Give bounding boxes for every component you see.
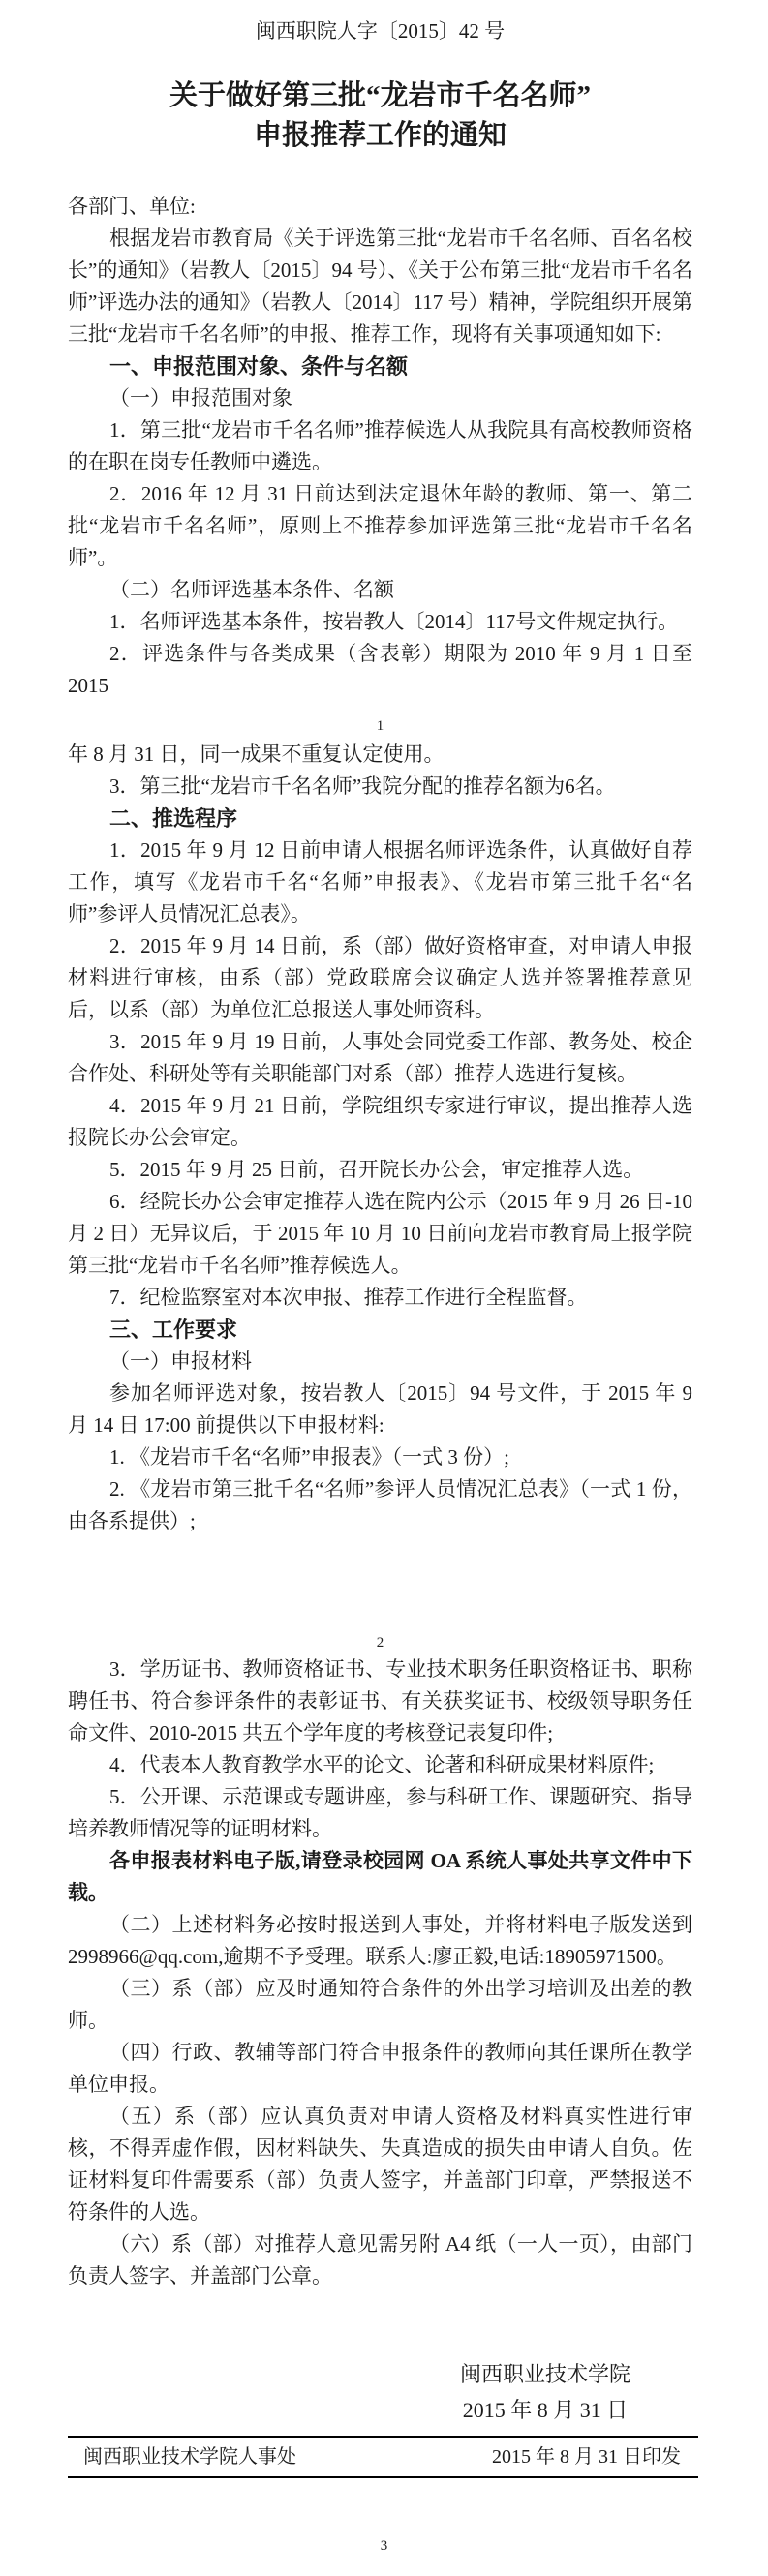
sub-heading: （二）名师评选基本条件、名额	[68, 574, 692, 606]
section-heading: 一、申报范围对象、条件与名额	[68, 350, 692, 382]
paragraph: 3．2015 年 9 月 19 日前，人事处会同党委工作部、教务处、校企合作处、…	[68, 1026, 692, 1090]
document-body: 根据龙岩市教育局《关于评选第三批“龙岩市千名名师、百名名校长”的通知》（岩教人〔…	[68, 223, 692, 2292]
footer-issuer: 闽西职业技术学院人事处	[83, 2444, 296, 2470]
page-number-bottom: 3	[0, 2538, 768, 2555]
footer-print-date: 2015 年 8 月 31 日印发	[492, 2444, 681, 2470]
paragraph: 2．评选条件与各类成果（含表彰）期限为 2010 年 9 月 1 日至 2015	[68, 638, 692, 702]
paragraph: 参加名师评选对象，按岩教人〔2015〕94 号文件，于 2015 年 9 月 1…	[68, 1378, 692, 1441]
inline-page-number: 1	[68, 702, 692, 739]
title-line-2: 申报推荐工作的通知	[254, 120, 507, 151]
page-number-label: 1	[377, 718, 384, 734]
paragraph: 2．2016 年 12 月 31 日前达到法定退休年龄的教师、第一、第二批“龙岩…	[68, 478, 692, 574]
signature-date: 2015 年 8 月 31 日	[410, 2392, 681, 2428]
document-title: 关于做好第三批“龙岩市千名名师” 申报推荐工作的通知	[68, 76, 692, 156]
paragraph: 1．第三批“龙岩市千名名师”推荐候选人从我院具有高校教师资格的在职在岗专任教师中…	[68, 414, 692, 478]
paragraph: （五）系（部）应认真负责对申请人资格及材料真实性进行审核，不得弄虚作假，因材料缺…	[68, 2101, 692, 2228]
paragraph: 2．2015 年 9 月 14 日前，系（部）做好资格审查，对申请人申报材料进行…	[68, 930, 692, 1026]
salutation: 各部门、单位:	[68, 191, 692, 223]
paragraph: 2. 《龙岩市第三批千名“名师”参评人员情况汇总表》（一式 1 份，由各系提供）…	[68, 1473, 692, 1537]
inline-page-number: 2	[68, 1537, 692, 1653]
paragraph: 6．经院长办公会审定推荐人选在院内公示（2015 年 9 月 26 日-10 月…	[68, 1186, 692, 1282]
paragraph: 5．公开课、示范课或专题讲座，参与科研工作、课题研究、指导培养教师情况等的证明材…	[68, 1781, 692, 1845]
paragraph: （三）系（部）应及时通知符合条件的外出学习培训及出差的教师。	[68, 1973, 692, 2037]
paragraph: 5．2015 年 9 月 25 日前，召开院长办公会，审定推荐人选。	[68, 1154, 692, 1186]
sub-heading: （一）申报材料	[68, 1346, 692, 1378]
page-number-label: 2	[377, 1635, 384, 1651]
document-page: 闽西职院人字〔2015〕42 号 关于做好第三批“龙岩市千名名师” 申报推荐工作…	[0, 0, 768, 2576]
paragraph: （六）系（部）对推荐人意见需另附 A4 纸（一人一页），由部门负责人签字、并盖部…	[68, 2228, 692, 2292]
paragraph: 1．名师评选基本条件，按岩教人〔2014〕117号文件规定执行。	[68, 606, 692, 638]
doc-number: 闽西职院人字〔2015〕42 号	[68, 15, 692, 47]
paragraph: 7．纪检监察室对本次申报、推荐工作进行全程监督。	[68, 1282, 692, 1314]
paragraph: 3．第三批“龙岩市千名名师”我院分配的推荐名额为6名。	[68, 771, 692, 803]
sub-heading: （一）申报范围对象	[68, 382, 692, 414]
footer-bar: 闽西职业技术学院人事处 2015 年 8 月 31 日印发	[68, 2436, 698, 2478]
section-heading: 二、推选程序	[68, 803, 692, 834]
paragraph-continuation: 年 8 月 31 日，同一成果不重复认定使用。	[68, 739, 692, 771]
paragraph: 4．2015 年 9 月 21 日前，学院组织专家进行审议，提出推荐人选报院长办…	[68, 1090, 692, 1154]
paragraph: 4．代表本人教育教学水平的论文、论著和科研成果材料原件;	[68, 1749, 692, 1781]
paragraph: 3．学历证书、教师资格证书、专业技术职务任职资格证书、职称聘任书、符合参评条件的…	[68, 1653, 692, 1749]
paragraph: （四）行政、教辅等部门符合申报条件的教师向其任课所在教学单位申报。	[68, 2037, 692, 2101]
section-heading: 三、工作要求	[68, 1314, 692, 1346]
signature-block: 闽西职业技术学院 2015 年 8 月 31 日	[410, 2356, 681, 2428]
paragraph-bold: 各申报表材料电子版,请登录校园网 OA 系统人事处共享文件中下载。	[68, 1845, 692, 1909]
paragraph: 1. 《龙岩市千名“名师”申报表》（一式 3 份）;	[68, 1441, 692, 1473]
title-line-1: 关于做好第三批“龙岩市千名名师”	[169, 80, 591, 111]
signature-org: 闽西职业技术学院	[410, 2356, 681, 2392]
paragraph: （二）上述材料务必按时报送到人事处，并将材料电子版发送到 2998966@qq.…	[68, 1909, 692, 1973]
paragraph: 1．2015 年 9 月 12 日前申请人根据名师评选条件，认真做好自荐工作，填…	[68, 834, 692, 930]
paragraph: 根据龙岩市教育局《关于评选第三批“龙岩市千名名师、百名名校长”的通知》（岩教人〔…	[68, 223, 692, 350]
